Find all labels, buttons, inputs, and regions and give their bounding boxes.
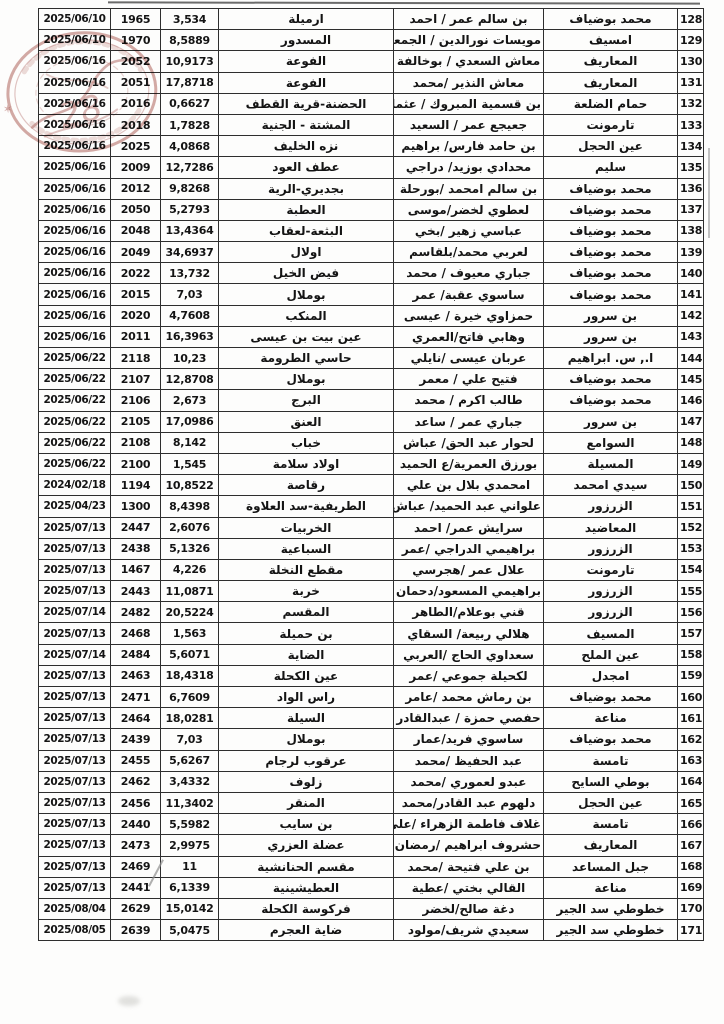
- row-number-cell: 129: [678, 30, 704, 51]
- area-name-cell: امسيف: [544, 30, 678, 51]
- person-name-cell: مويسات نورالدين / الجمعي: [394, 30, 544, 51]
- area-name-cell: تارمونت: [544, 559, 678, 580]
- area-name-cell: المعاريف: [544, 72, 678, 93]
- area-name-cell: حمام الضلعة: [544, 93, 678, 114]
- person-name-cell: براهيمي المسعود/دحمان: [394, 581, 544, 602]
- value-cell: 8,142: [161, 432, 219, 453]
- date-cell: 2025/07/13: [39, 687, 111, 708]
- date-cell: 2025/04/23: [39, 496, 111, 517]
- place-name-cell: رقاصة: [219, 475, 394, 496]
- person-name-cell: جباري معيوف / محمد: [394, 263, 544, 284]
- row-number-cell: 144: [678, 348, 704, 369]
- date-cell: 2025/06/16: [39, 114, 111, 135]
- person-name-cell: هلالي ربيعة/ السقاي: [394, 623, 544, 644]
- row-number-cell: 160: [678, 687, 704, 708]
- person-name-cell: سعيدي شريف/مولود: [394, 920, 544, 941]
- serial-cell: 2105: [111, 411, 161, 432]
- area-name-cell: الزرزور: [544, 602, 678, 623]
- person-name-cell: غلاف فاطمة الزهراء /علي: [394, 814, 544, 835]
- place-name-cell: المسدور: [219, 30, 394, 51]
- place-name-cell: بن حميلة: [219, 623, 394, 644]
- value-cell: 12,8708: [161, 369, 219, 390]
- serial-cell: 1194: [111, 475, 161, 496]
- place-name-cell: عين بيت بن عيسى: [219, 326, 394, 347]
- person-name-cell: بن سالم عمر / احمد: [394, 9, 544, 30]
- serial-cell: 2447: [111, 517, 161, 538]
- area-name-cell: المسيف: [544, 623, 678, 644]
- row-number-cell: 139: [678, 242, 704, 263]
- area-name-cell: الزرزور: [544, 581, 678, 602]
- value-cell: 15,0142: [161, 898, 219, 919]
- serial-cell: 1300: [111, 496, 161, 517]
- table-row: 160محمد بوضيافبن رماش محمد /عامرراس الوا…: [39, 687, 704, 708]
- date-cell: 2025/06/16: [39, 51, 111, 72]
- table-row: 147بن سرورجباري عمر / ساعدالعنق17,098621…: [39, 411, 704, 432]
- area-name-cell: المعاريف: [544, 51, 678, 72]
- value-cell: 2,9975: [161, 835, 219, 856]
- table-row: 149المسيلةبورزق العمرية/ع الحميداولاد سل…: [39, 453, 704, 474]
- serial-cell: 2051: [111, 72, 161, 93]
- serial-cell: 2440: [111, 814, 161, 835]
- value-cell: 1,563: [161, 623, 219, 644]
- serial-cell: 2048: [111, 220, 161, 241]
- person-name-cell: حفصي حمزة / عبدالقادر: [394, 708, 544, 729]
- serial-cell: 1965: [111, 9, 161, 30]
- value-cell: 4,226: [161, 559, 219, 580]
- place-name-cell: مقطع النخلة: [219, 559, 394, 580]
- table-row: 132حمام الضلعةبن قسمية المبروك / عثمانال…: [39, 93, 704, 114]
- place-name-cell: عرقوب لرجام: [219, 750, 394, 771]
- row-number-cell: 162: [678, 729, 704, 750]
- person-name-cell: بن رماش محمد /عامر: [394, 687, 544, 708]
- place-name-cell: راس الواد: [219, 687, 394, 708]
- value-cell: 13,4364: [161, 220, 219, 241]
- date-cell: 2025/07/13: [39, 750, 111, 771]
- value-cell: 18,4318: [161, 665, 219, 686]
- row-number-cell: 133: [678, 114, 704, 135]
- serial-cell: 2471: [111, 687, 161, 708]
- date-cell: 2025/06/16: [39, 157, 111, 178]
- value-cell: 10,8522: [161, 475, 219, 496]
- table-row: 139محمد بوضيافلعربي محمد/بلقاسماولال34,6…: [39, 242, 704, 263]
- area-name-cell: سليم: [544, 157, 678, 178]
- serial-cell: 2106: [111, 390, 161, 411]
- place-name-cell: زلوف: [219, 771, 394, 792]
- date-cell: 2025/06/16: [39, 178, 111, 199]
- serial-cell: 2050: [111, 199, 161, 220]
- row-number-cell: 170: [678, 898, 704, 919]
- place-name-cell: عين الكحلة: [219, 665, 394, 686]
- place-name-cell: ارميلة: [219, 9, 394, 30]
- table-row: 159امجدللكحيلة جموعي /عمرعين الكحلة18,43…: [39, 665, 704, 686]
- person-name-cell: جباري عمر / ساعد: [394, 411, 544, 432]
- place-name-cell: المشتة - الجنية: [219, 114, 394, 135]
- date-cell: 2025/06/16: [39, 136, 111, 157]
- serial-cell: 2438: [111, 538, 161, 559]
- scanned-document-page: 128محمد بوضيافبن سالم عمر / احمدارميلة3,…: [0, 0, 724, 1024]
- place-name-cell: السباعية: [219, 538, 394, 559]
- row-number-cell: 142: [678, 305, 704, 326]
- date-cell: 2025/07/13: [39, 708, 111, 729]
- place-name-cell: نزه الخليف: [219, 136, 394, 157]
- row-number-cell: 161: [678, 708, 704, 729]
- person-name-cell: ساسوي عقبة/ عمر: [394, 284, 544, 305]
- stamp-star-icon: ✶: [2, 102, 13, 117]
- serial-cell: 2482: [111, 602, 161, 623]
- table-row: 136محمد بوضيافبن سالم امحمد /بورحلةبجدير…: [39, 178, 704, 199]
- table-row: 134عين الحجلبن حامد فارس/ براهيمنزه الخل…: [39, 136, 704, 157]
- value-cell: 2,6076: [161, 517, 219, 538]
- table-row: 140محمد بوضيافجباري معيوف / محمدفيض الخي…: [39, 263, 704, 284]
- person-name-cell: عربان عيسى /نايلي: [394, 348, 544, 369]
- person-name-cell: حشروف ابراهيم /رمضان: [394, 835, 544, 856]
- place-name-cell: البرج: [219, 390, 394, 411]
- row-number-cell: 128: [678, 9, 704, 30]
- row-number-cell: 164: [678, 771, 704, 792]
- area-name-cell: بوطي السايح: [544, 771, 678, 792]
- cut-off-row-border: [108, 1, 700, 4]
- area-name-cell: جبل المساعد: [544, 856, 678, 877]
- person-name-cell: سرايش عمر/ احمد: [394, 517, 544, 538]
- serial-cell: 2118: [111, 348, 161, 369]
- row-number-cell: 136: [678, 178, 704, 199]
- value-cell: 1,545: [161, 453, 219, 474]
- date-cell: 2025/08/05: [39, 920, 111, 941]
- area-name-cell: سيدي امحمد: [544, 475, 678, 496]
- row-number-cell: 130: [678, 51, 704, 72]
- person-name-cell: جعيجع عمر / السعيد: [394, 114, 544, 135]
- table-row: 148السوامعلحوار عبد الحق/ عباشخباب8,1422…: [39, 432, 704, 453]
- place-name-cell: الفوعة: [219, 72, 394, 93]
- place-name-cell: الخربيات: [219, 517, 394, 538]
- date-cell: 2025/06/16: [39, 93, 111, 114]
- serial-cell: 2100: [111, 453, 161, 474]
- table-row: 128محمد بوضيافبن سالم عمر / احمدارميلة3,…: [39, 9, 704, 30]
- value-cell: 5,0475: [161, 920, 219, 941]
- row-number-cell: 135: [678, 157, 704, 178]
- area-name-cell: مناعة: [544, 708, 678, 729]
- area-name-cell: محمد بوضياف: [544, 263, 678, 284]
- row-number-cell: 171: [678, 920, 704, 941]
- person-name-cell: معاش السعدي / بوخالفة: [394, 51, 544, 72]
- serial-cell: 2108: [111, 432, 161, 453]
- serial-cell: 2455: [111, 750, 161, 771]
- area-name-cell: ا., س. ابراهيم: [544, 348, 678, 369]
- value-cell: 6,7609: [161, 687, 219, 708]
- serial-cell: 2020: [111, 305, 161, 326]
- person-name-cell: بن سالم امحمد /بورحلة: [394, 178, 544, 199]
- date-cell: 2025/06/16: [39, 199, 111, 220]
- value-cell: 20,5224: [161, 602, 219, 623]
- date-cell: 2025/06/16: [39, 242, 111, 263]
- place-name-cell: الطريفية-سد العلاوة: [219, 496, 394, 517]
- area-name-cell: بن سرور: [544, 326, 678, 347]
- person-name-cell: معاش النذير /محمد: [394, 72, 544, 93]
- table-row: 158عين الملحسعداوي الحاج /العربيالضاية5,…: [39, 644, 704, 665]
- date-cell: 2025/06/22: [39, 453, 111, 474]
- area-name-cell: بن سرور: [544, 305, 678, 326]
- table-row: 133تارمونتجعيجع عمر / السعيدالمشتة - الج…: [39, 114, 704, 135]
- page-edge-artifact: [708, 148, 710, 238]
- place-name-cell: المنقر: [219, 792, 394, 813]
- person-name-cell: فتيح علي / معمر: [394, 369, 544, 390]
- area-name-cell: الزرزور: [544, 538, 678, 559]
- person-name-cell: محدادي بوزيد/ دراجي: [394, 157, 544, 178]
- date-cell: 2025/06/22: [39, 411, 111, 432]
- place-name-cell: بجديري-الرية: [219, 178, 394, 199]
- value-cell: 0,6627: [161, 93, 219, 114]
- place-name-cell: بوملال: [219, 369, 394, 390]
- date-cell: 2025/07/13: [39, 835, 111, 856]
- row-number-cell: 143: [678, 326, 704, 347]
- date-cell: 2025/07/13: [39, 771, 111, 792]
- person-name-cell: عبد الحفيظ /محمد: [394, 750, 544, 771]
- area-name-cell: محمد بوضياف: [544, 284, 678, 305]
- table-row: 143بن سروروهابي فاتح/العمريعين بيت بن عي…: [39, 326, 704, 347]
- serial-cell: 1970: [111, 30, 161, 51]
- place-name-cell: عضلة العزري: [219, 835, 394, 856]
- date-cell: 2025/06/22: [39, 390, 111, 411]
- person-name-cell: لكحيلة جموعي /عمر: [394, 665, 544, 686]
- table-row: 167المعاريفحشروف ابراهيم /رمضانعضلة العز…: [39, 835, 704, 856]
- area-name-cell: محمد بوضياف: [544, 369, 678, 390]
- place-name-cell: حاسي الطرومة: [219, 348, 394, 369]
- row-number-cell: 138: [678, 220, 704, 241]
- row-number-cell: 137: [678, 199, 704, 220]
- person-name-cell: قني بوعلام/الطاهر: [394, 602, 544, 623]
- person-name-cell: بن حامد فارس/ براهيم: [394, 136, 544, 157]
- serial-cell: 2443: [111, 581, 161, 602]
- table-row: 145محمد بوضياففتيح علي / معمربوملال12,87…: [39, 369, 704, 390]
- date-cell: 2025/06/10: [39, 9, 111, 30]
- person-name-cell: بورزق العمرية/ع الحميد: [394, 453, 544, 474]
- row-number-cell: 134: [678, 136, 704, 157]
- value-cell: 7,03: [161, 284, 219, 305]
- value-cell: 3,4332: [161, 771, 219, 792]
- area-name-cell: امجدل: [544, 665, 678, 686]
- serial-cell: 2018: [111, 114, 161, 135]
- place-name-cell: خباب: [219, 432, 394, 453]
- value-cell: 9,8268: [161, 178, 219, 199]
- row-number-cell: 156: [678, 602, 704, 623]
- serial-cell: 2016: [111, 93, 161, 114]
- serial-cell: 2022: [111, 263, 161, 284]
- person-name-cell: ساسوي فريد/عمار: [394, 729, 544, 750]
- place-name-cell: بوملال: [219, 729, 394, 750]
- area-name-cell: مناعة: [544, 877, 678, 898]
- person-name-cell: سعداوي الحاج /العربي: [394, 644, 544, 665]
- person-name-cell: لعربي محمد/بلقاسم: [394, 242, 544, 263]
- table-row: 164بوطي السايحعبدو لعموري /محمدزلوف3,433…: [39, 771, 704, 792]
- value-cell: 17,8718: [161, 72, 219, 93]
- area-name-cell: السوامع: [544, 432, 678, 453]
- table-row: 156الزرزورقني بوعلام/الطاهرالمقسم20,5224…: [39, 602, 704, 623]
- date-cell: 2025/07/13: [39, 792, 111, 813]
- date-cell: 2025/06/16: [39, 263, 111, 284]
- table-row: 129امسيفمويسات نورالدين / الجمعيالمسدور8…: [39, 30, 704, 51]
- table-row: 166تامسةغلاف فاطمة الزهراء /عليبن سايب5,…: [39, 814, 704, 835]
- records-table-body: 128محمد بوضيافبن سالم عمر / احمدارميلة3,…: [39, 9, 704, 941]
- place-name-cell: العطبة: [219, 199, 394, 220]
- area-name-cell: محمد بوضياف: [544, 242, 678, 263]
- value-cell: 6,1339: [161, 877, 219, 898]
- value-cell: 1,7828: [161, 114, 219, 135]
- value-cell: 10,9173: [161, 51, 219, 72]
- place-name-cell: العنق: [219, 411, 394, 432]
- date-cell: 2025/06/16: [39, 72, 111, 93]
- person-name-cell: لعطوي لخضر/موسى: [394, 199, 544, 220]
- value-cell: 5,1326: [161, 538, 219, 559]
- row-number-cell: 152: [678, 517, 704, 538]
- date-cell: 2025/06/10: [39, 30, 111, 51]
- date-cell: 2025/07/13: [39, 517, 111, 538]
- date-cell: 2025/07/13: [39, 856, 111, 877]
- value-cell: 5,6267: [161, 750, 219, 771]
- value-cell: 13,732: [161, 263, 219, 284]
- table-row: 135سليممحدادي بوزيد/ دراجيعطف العود12,72…: [39, 157, 704, 178]
- date-cell: 2025/07/14: [39, 602, 111, 623]
- value-cell: 4,7608: [161, 305, 219, 326]
- table-row: 168جبل المساعدبن علي فتيحة /محمدمقسم الح…: [39, 856, 704, 877]
- area-name-cell: عين الملح: [544, 644, 678, 665]
- table-row: 141محمد بوضيافساسوي عقبة/ عمربوملال7,032…: [39, 284, 704, 305]
- date-cell: 2025/06/22: [39, 432, 111, 453]
- area-name-cell: المعاريف: [544, 835, 678, 856]
- person-name-cell: علال عمر /هجرسي: [394, 559, 544, 580]
- value-cell: 5,5982: [161, 814, 219, 835]
- serial-cell: 2025: [111, 136, 161, 157]
- row-number-cell: 145: [678, 369, 704, 390]
- table-row: 138محمد بوضيافعباسي زهير /بخيالبثعة-لعقا…: [39, 220, 704, 241]
- row-number-cell: 166: [678, 814, 704, 835]
- serial-cell: 2464: [111, 708, 161, 729]
- row-number-cell: 149: [678, 453, 704, 474]
- place-name-cell: خربة: [219, 581, 394, 602]
- table-row: 169مناعةالقالي بختي /عطيةالعطيشينية6,133…: [39, 877, 704, 898]
- person-name-cell: لحوار عبد الحق/ عباش: [394, 432, 544, 453]
- date-cell: 2025/07/14: [39, 644, 111, 665]
- area-name-cell: تامسة: [544, 750, 678, 771]
- area-name-cell: خطوطي سد الجير: [544, 898, 678, 919]
- area-name-cell: عين الحجل: [544, 136, 678, 157]
- row-number-cell: 157: [678, 623, 704, 644]
- value-cell: 34,6937: [161, 242, 219, 263]
- table-row: 152المعاضيدسرايش عمر/ احمدالخربيات2,6076…: [39, 517, 704, 538]
- place-name-cell: البثعة-لعقاب: [219, 220, 394, 241]
- value-cell: 8,4398: [161, 496, 219, 517]
- serial-cell: 2484: [111, 644, 161, 665]
- serial-cell: 1467: [111, 559, 161, 580]
- table-row: 151الزرزورعلواني عبد الحميد/ عباشالطريفي…: [39, 496, 704, 517]
- person-name-cell: عباسي زهير /بخي: [394, 220, 544, 241]
- records-table: 128محمد بوضيافبن سالم عمر / احمدارميلة3,…: [38, 8, 704, 941]
- serial-cell: 2011: [111, 326, 161, 347]
- person-name-cell: بن قسمية المبروك / عثمان: [394, 93, 544, 114]
- area-name-cell: بن سرور: [544, 411, 678, 432]
- table-row: 131المعاريفمعاش النذير /محمدالفوعة17,871…: [39, 72, 704, 93]
- table-row: 170خطوطي سد الجيردغة صالح/لخضرفركوسة الك…: [39, 898, 704, 919]
- row-number-cell: 141: [678, 284, 704, 305]
- place-name-cell: اولاد سلامة: [219, 453, 394, 474]
- area-name-cell: محمد بوضياف: [544, 220, 678, 241]
- person-name-cell: طالب اكرم / محمد: [394, 390, 544, 411]
- place-name-cell: الضاية: [219, 644, 394, 665]
- date-cell: 2025/06/16: [39, 305, 111, 326]
- row-number-cell: 148: [678, 432, 704, 453]
- date-cell: 2025/07/13: [39, 581, 111, 602]
- place-name-cell: فيض الخيل: [219, 263, 394, 284]
- serial-cell: 2456: [111, 792, 161, 813]
- row-number-cell: 150: [678, 475, 704, 496]
- date-cell: 2025/06/16: [39, 326, 111, 347]
- row-number-cell: 140: [678, 263, 704, 284]
- value-cell: 4,0868: [161, 136, 219, 157]
- value-cell: 2,673: [161, 390, 219, 411]
- serial-cell: 2463: [111, 665, 161, 686]
- serial-cell: 2107: [111, 369, 161, 390]
- row-number-cell: 132: [678, 93, 704, 114]
- value-cell: 7,03: [161, 729, 219, 750]
- table-row: 163تامسةعبد الحفيظ /محمدعرقوب لرجام5,626…: [39, 750, 704, 771]
- area-name-cell: الزرزور: [544, 496, 678, 517]
- area-name-cell: محمد بوضياف: [544, 178, 678, 199]
- date-cell: 2025/06/16: [39, 284, 111, 305]
- place-name-cell: الفوعة: [219, 51, 394, 72]
- value-cell: 12,7286: [161, 157, 219, 178]
- area-name-cell: محمد بوضياف: [544, 199, 678, 220]
- row-number-cell: 167: [678, 835, 704, 856]
- date-cell: 2025/07/13: [39, 665, 111, 686]
- serial-cell: 2639: [111, 920, 161, 941]
- value-cell: 5,6071: [161, 644, 219, 665]
- row-number-cell: 151: [678, 496, 704, 517]
- person-name-cell: وهابي فاتح/العمري: [394, 326, 544, 347]
- serial-cell: 2462: [111, 771, 161, 792]
- row-number-cell: 155: [678, 581, 704, 602]
- scan-smudge: [118, 996, 140, 1006]
- date-cell: 2025/08/04: [39, 898, 111, 919]
- table-row: 153الزرزوربراهيمي الدراجي /عمرالسباعية5,…: [39, 538, 704, 559]
- date-cell: 2025/06/16: [39, 220, 111, 241]
- row-number-cell: 169: [678, 877, 704, 898]
- value-cell: 11,0871: [161, 581, 219, 602]
- table-row: 144ا., س. ابراهيمعربان عيسى /نايليحاسي ا…: [39, 348, 704, 369]
- area-name-cell: محمد بوضياف: [544, 9, 678, 30]
- person-name-cell: عبدو لعموري /محمد: [394, 771, 544, 792]
- serial-cell: 2015: [111, 284, 161, 305]
- date-cell: 2025/07/13: [39, 814, 111, 835]
- serial-cell: 2439: [111, 729, 161, 750]
- value-cell: 11,3402: [161, 792, 219, 813]
- row-number-cell: 165: [678, 792, 704, 813]
- row-number-cell: 163: [678, 750, 704, 771]
- serial-cell: 2049: [111, 242, 161, 263]
- area-name-cell: محمد بوضياف: [544, 729, 678, 750]
- place-name-cell: بن سايب: [219, 814, 394, 835]
- place-name-cell: المقسم: [219, 602, 394, 623]
- date-cell: 2025/07/13: [39, 623, 111, 644]
- row-number-cell: 131: [678, 72, 704, 93]
- table-row: 130المعاريفمعاش السعدي / بوخالفةالفوعة10…: [39, 51, 704, 72]
- value-cell: 18,0281: [161, 708, 219, 729]
- place-name-cell: مقسم الحنانشية: [219, 856, 394, 877]
- place-name-cell: الحضنة-قرية القطف: [219, 93, 394, 114]
- table-row: 157المسيفهلالي ربيعة/ السقايبن حميلة1,56…: [39, 623, 704, 644]
- place-name-cell: العطيشينية: [219, 877, 394, 898]
- place-name-cell: اولال: [219, 242, 394, 263]
- area-name-cell: عين الحجل: [544, 792, 678, 813]
- date-cell: 2024/02/18: [39, 475, 111, 496]
